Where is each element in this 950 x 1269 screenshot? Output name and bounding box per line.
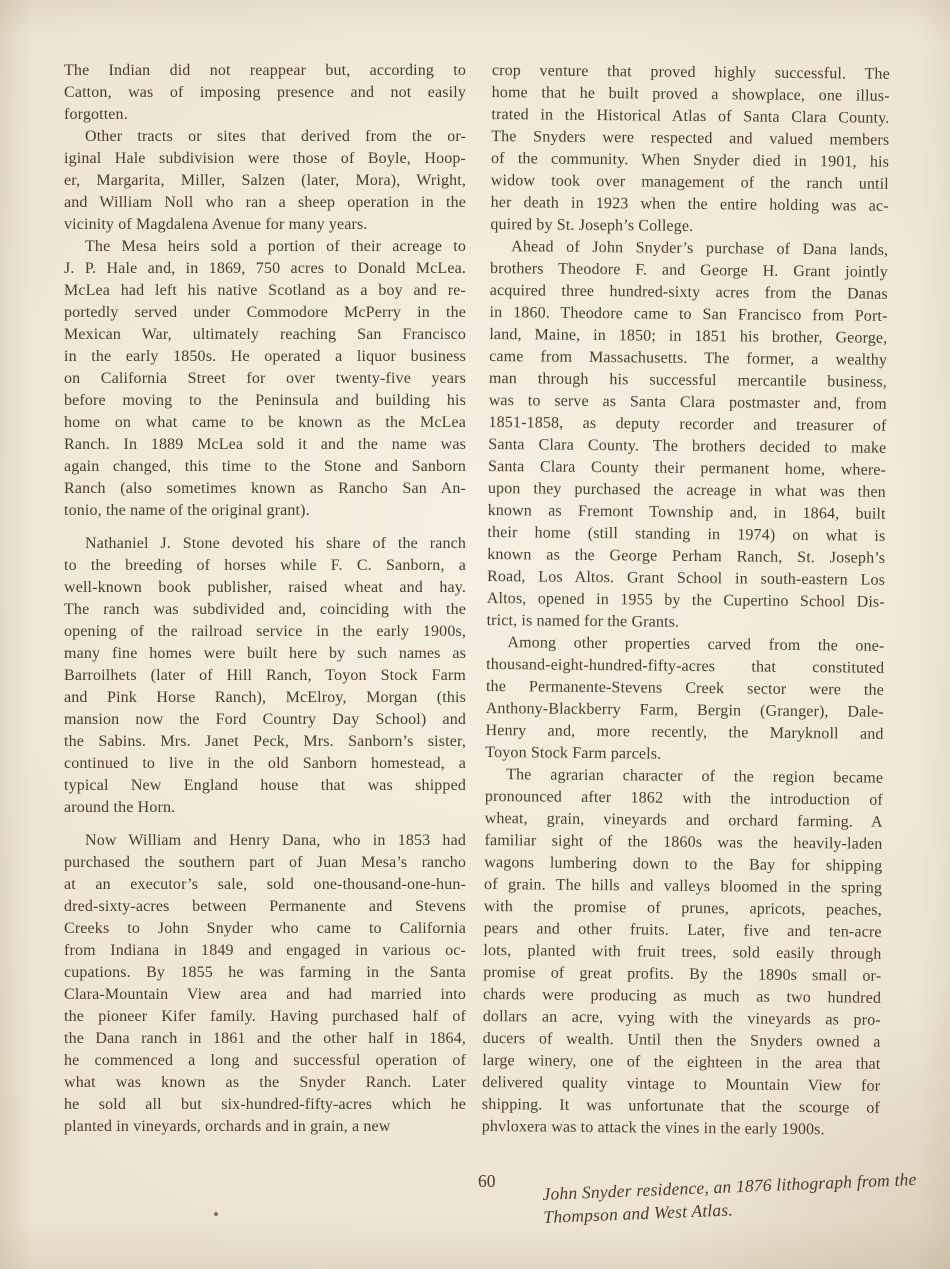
text-line: J. P. Hale and, in 1869, 750 acres to Do… xyxy=(64,258,466,280)
text-line: forgotten. xyxy=(64,104,466,126)
text-line: The ranch was subdivided and, coinciding… xyxy=(64,599,466,621)
text-line: McLea had left his native Scotland as a … xyxy=(64,280,466,302)
text-line: dred-sixty-acres between Permanente and … xyxy=(64,896,466,918)
text-line: many fine homes were built here by such … xyxy=(64,643,466,665)
right-text-column: crop venture that proved highly successf… xyxy=(482,60,890,1142)
text-line: Ranch (also sometimes known as Rancho Sa… xyxy=(64,478,466,500)
text-line: Creeks to John Snyder who came to Califo… xyxy=(64,918,466,940)
paragraph: The Mesa heirs sold a portion of their a… xyxy=(64,236,466,522)
photo-caption: John Snyder residence, an 1876 lithograp… xyxy=(542,1167,944,1229)
text-line: Ranch. In 1889 McLea sold it and the nam… xyxy=(64,434,466,456)
text-line: typical New England house that was shipp… xyxy=(64,775,466,797)
text-line: again changed, this time to the Stone an… xyxy=(64,456,466,478)
text-line: Now William and Henry Dana, who in 1853 … xyxy=(64,830,466,852)
text-line: and Pink Horse Ranch), McElroy, Morgan (… xyxy=(64,687,466,709)
text-line: from Indiana in 1849 and engaged in vari… xyxy=(64,940,466,962)
text-line: tonio, the name of the original grant). xyxy=(64,500,466,522)
text-line: Catton, was of imposing presence and not… xyxy=(64,82,466,104)
page-number: 60 xyxy=(478,1170,496,1192)
text-line: mansion now the Ford Country Day School)… xyxy=(64,709,466,731)
text-line: Clara-Mountain View area and had married… xyxy=(64,984,466,1006)
paragraph: crop venture that proved highly successf… xyxy=(490,60,890,240)
text-line: Mexican War, ultimately reaching San Fra… xyxy=(64,324,466,346)
text-line: to the breeding of horses while F. C. Sa… xyxy=(64,555,466,577)
text-line: around the Horn. xyxy=(64,797,466,819)
scanned-book-page: The Indian did not reappear but, accordi… xyxy=(0,0,950,1269)
text-line: the Sabins. Mrs. Janet Peck, Mrs. Sanbor… xyxy=(64,731,466,753)
text-line: well-known book publisher, raised wheat … xyxy=(64,577,466,599)
text-line: The Mesa heirs sold a portion of their a… xyxy=(64,236,466,258)
text-line: Other tracts or sites that derived from … xyxy=(64,126,466,148)
paragraph: The Indian did not reappear but, accordi… xyxy=(64,60,466,126)
text-line: before moving to the Peninsula and build… xyxy=(64,390,466,412)
paragraph: Among other properties carved from the o… xyxy=(485,632,884,768)
text-line: the pioneer Kifer family. Having purchas… xyxy=(64,1006,466,1028)
text-line: he sold all but six-hundred-fifty-acres … xyxy=(64,1094,466,1116)
text-line: The Indian did not reappear but, accordi… xyxy=(64,60,466,82)
text-line: vicinity of Magdalena Avenue for many ye… xyxy=(64,214,466,236)
text-line: he commenced a long and successful opera… xyxy=(64,1050,466,1072)
paragraph: Nathaniel J. Stone devoted his share of … xyxy=(64,533,466,819)
paper-speck xyxy=(214,1212,218,1216)
paragraph: Other tracts or sites that derived from … xyxy=(64,126,466,236)
paragraph: Now William and Henry Dana, who in 1853 … xyxy=(64,830,466,1138)
paragraph: Ahead of John Snyder’s purchase of Dana … xyxy=(487,236,889,636)
text-line: portedly served under Commodore McPerry … xyxy=(64,302,466,324)
text-line: home on what came to be known as the McL… xyxy=(64,412,466,434)
paragraph: The agrarian character of the region bec… xyxy=(482,764,884,1142)
text-line: and William Noll who ran a sheep operati… xyxy=(64,192,466,214)
text-line: Barroilhets (later of Hill Ranch, Toyon … xyxy=(64,665,466,687)
text-line: phvloxera was to attack the vines in the… xyxy=(482,1116,880,1142)
text-line: the Dana ranch in 1861 and the other hal… xyxy=(64,1028,466,1050)
text-line: er, Margarita, Miller, Salzen (later, Mo… xyxy=(64,170,466,192)
text-line: opening of the railroad service in the e… xyxy=(64,621,466,643)
text-line: purchased the southern part of Juan Mesa… xyxy=(64,852,466,874)
text-line: Nathaniel J. Stone devoted his share of … xyxy=(64,533,466,555)
text-line: continued to live in the old Sanborn hom… xyxy=(64,753,466,775)
text-line: planted in vineyards, orchards and in gr… xyxy=(64,1116,466,1138)
text-line: at an executor’s sale, sold one-thousand… xyxy=(64,874,466,896)
text-line: on California Street for over twenty-fiv… xyxy=(64,368,466,390)
text-line: in the early 1850s. He operated a liquor… xyxy=(64,346,466,368)
left-text-column: The Indian did not reappear but, accordi… xyxy=(64,60,466,1138)
text-line: cupations. By 1855 he was farming in the… xyxy=(64,962,466,984)
text-line: iginal Hale subdivision were those of Bo… xyxy=(64,148,466,170)
text-line: what was known as the Snyder Ranch. Late… xyxy=(64,1072,466,1094)
